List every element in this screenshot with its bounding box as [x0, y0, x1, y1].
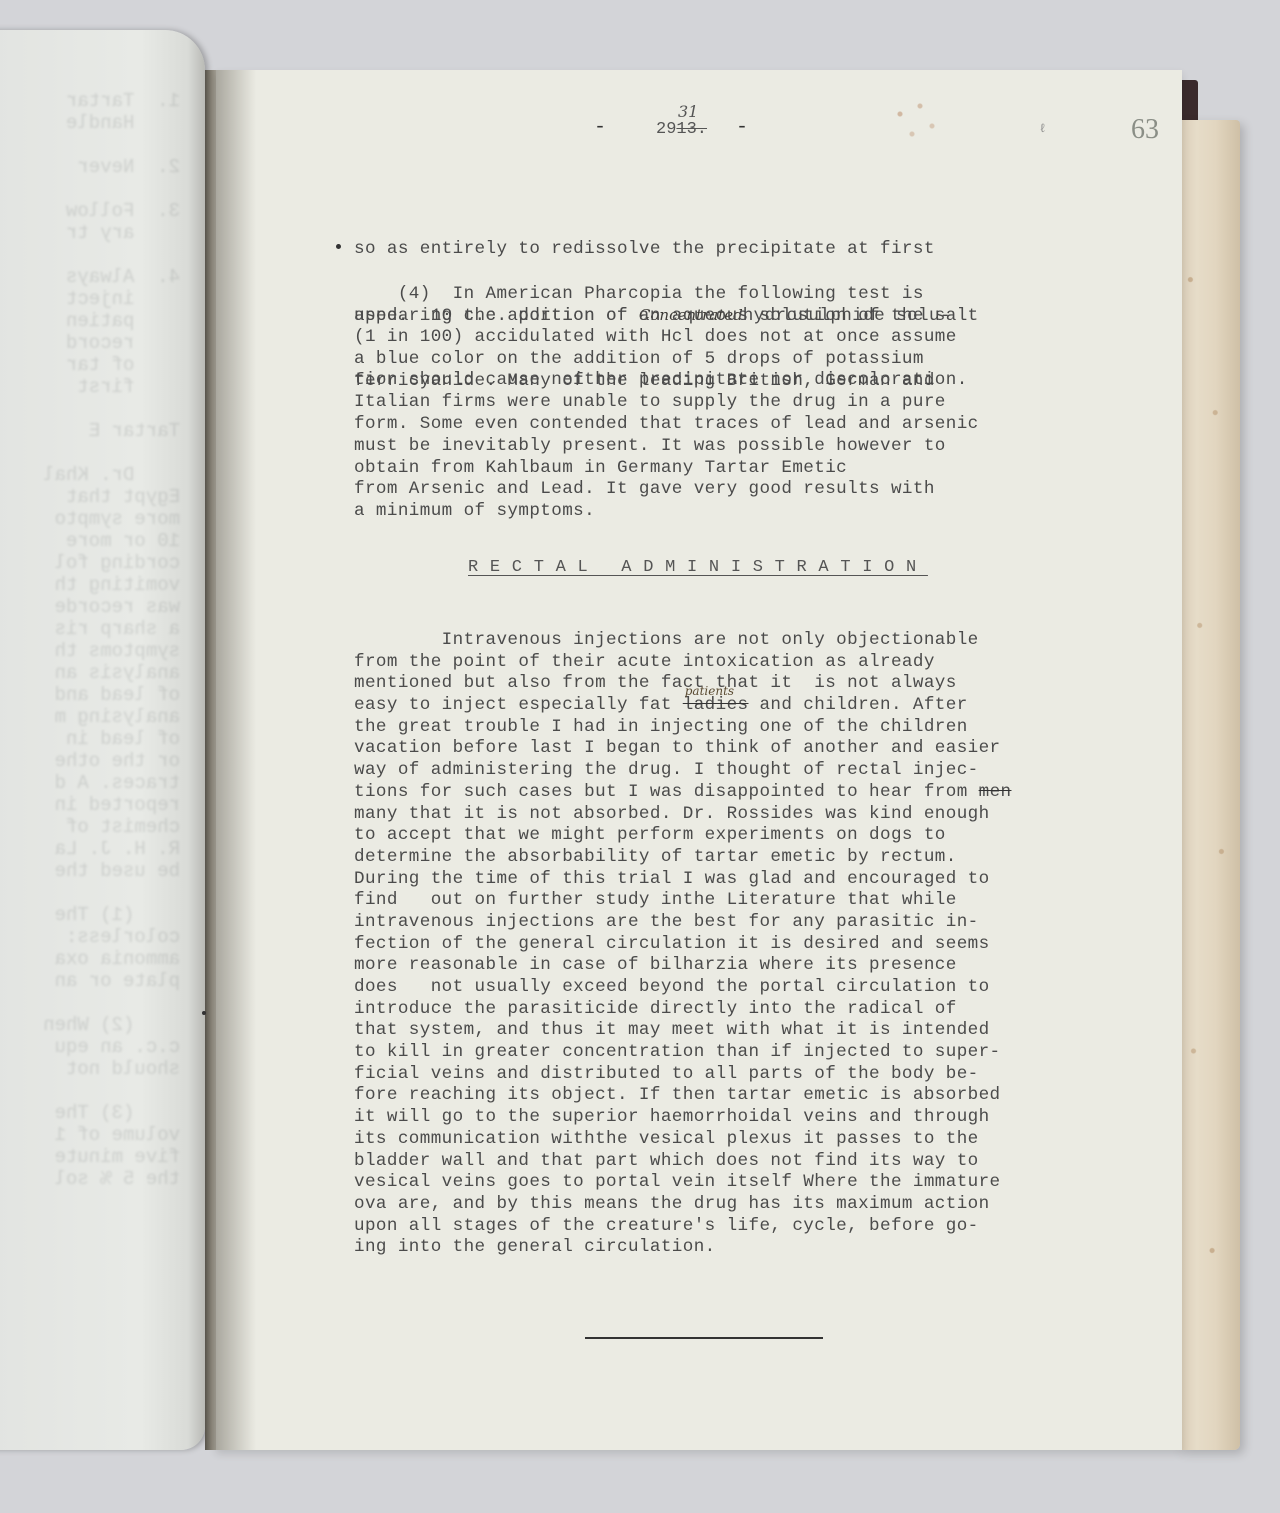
- pencil-mark: ℓ: [1039, 122, 1046, 136]
- text-line: Italian firms were unable to supply the …: [354, 392, 979, 414]
- text-line: used. 10 c.c. portion of an aqueous solu…: [354, 306, 979, 328]
- text-line: intravenous injections are the best for …: [354, 912, 1011, 934]
- text-line: it will go to the superior haemorrhoidal…: [354, 1107, 1011, 1129]
- page-header: - 2913. 31 - ℓ 63: [216, 116, 1182, 156]
- text-line: many that it is not absorbed. Dr. Rossid…: [354, 804, 1011, 826]
- text-line: does not usually exceed beyond the porta…: [354, 977, 1011, 999]
- text-line: upon all stages of the creature's life, …: [354, 1216, 1011, 1238]
- text-line: from the point of their acute intoxicati…: [354, 652, 1011, 674]
- text-line: easy to inject especially fat ladiespati…: [354, 695, 1011, 717]
- margin-dot: [336, 244, 341, 249]
- text-line: (4) In American Pharcopia the following …: [354, 284, 979, 306]
- text-line: tions for such cases but I was disappoin…: [354, 782, 1011, 804]
- text-line: its communication withthe vesical plexus…: [354, 1129, 1011, 1151]
- text-line: vacation before last I began to think of…: [354, 738, 1011, 760]
- page-number-value: 29: [656, 120, 676, 139]
- text-line: mentioned but also from the fact that it…: [354, 673, 1011, 695]
- text-line: the great trouble I had in injecting one…: [354, 717, 1011, 739]
- text-line: from Arsenic and Lead. It gave very good…: [354, 479, 979, 501]
- handwritten-correction: patients: [685, 681, 734, 703]
- text-line: ferricyanide. Many of the leading Britis…: [354, 371, 979, 393]
- text-line: form. Some even contended that traces of…: [354, 414, 979, 436]
- text-line: more reasonable in case of bilharzia whe…: [354, 955, 1011, 977]
- text-line: fection of the general circulation it is…: [354, 934, 1011, 956]
- text-line: that system, and thus it may meet with w…: [354, 1020, 1011, 1042]
- text-line: fore reaching its object. If then tartar…: [354, 1085, 1011, 1107]
- text-line: vesical veins goes to portal vein itself…: [354, 1172, 1011, 1194]
- margin-dot: [202, 1011, 206, 1015]
- text-fragment: and children. After: [749, 695, 968, 715]
- text-line: During the time of this trial I was glad…: [354, 869, 1011, 891]
- text-line: way of administering the drug. I thought…: [354, 760, 1011, 782]
- text-line: Intravenous injections are not only obje…: [354, 630, 1011, 652]
- text-line: ova are, and by this means the drug has …: [354, 1194, 1011, 1216]
- paragraph-4-american-pharmacopeia: (4) In American Pharcopia the following …: [354, 284, 979, 523]
- section-title-rectal-administration: RECTAL ADMINISTRATION: [468, 558, 928, 577]
- text-line: obtain from Kahlbaum in Germany Tartar E…: [354, 458, 979, 480]
- header-dash-right: -: [736, 116, 748, 139]
- left-page-curled[interactable]: 1. Tartar Handle 2. Never 3. Follow ary …: [0, 30, 205, 1450]
- text-line: bladder wall and that part which does no…: [354, 1151, 1011, 1173]
- text-fragment: easy to inject especially fat: [354, 695, 683, 715]
- text-fragment: tions for such cases but I was disappoin…: [354, 782, 979, 802]
- correction: ladiespatients: [683, 695, 749, 717]
- end-rule: [585, 1337, 823, 1339]
- text-line: to kill in greater concentration than if…: [354, 1042, 1011, 1064]
- typed-page-number: 2913.: [656, 120, 707, 139]
- paragraph-rectal-administration: Intravenous injections are not only obje…: [354, 630, 1011, 1259]
- text-line: (1 in 100) accidulated with Hcl does not…: [354, 327, 979, 349]
- typewritten-page: - 2913. 31 - ℓ 63 so as entirely to redi…: [216, 70, 1182, 1450]
- text-line: determine the absorbability of tartar em…: [354, 847, 1011, 869]
- text-line: ing into the general circulation.: [354, 1237, 1011, 1259]
- text-line: must be inevitably present. It was possi…: [354, 436, 979, 458]
- text-line: so as entirely to redissolve the precipi…: [354, 239, 968, 261]
- text-line: to accept that we might perform experime…: [354, 825, 1011, 847]
- struck-word: men: [979, 782, 1012, 802]
- struck-page-number: 13.: [676, 120, 707, 139]
- text-line: a minimum of symptoms.: [354, 501, 979, 523]
- text-line: ficial veins and distributed to all part…: [354, 1064, 1011, 1086]
- folio-stamp: 63: [1131, 114, 1159, 146]
- header-dash-left: -: [594, 116, 606, 139]
- left-page-bleed-through-text: 1. Tartar Handle 2. Never 3. Follow ary …: [0, 90, 180, 1190]
- handwritten-page-number: 31: [678, 102, 698, 121]
- page-edges-stack: [1178, 120, 1240, 1450]
- text-line: find out on further study inthe Literatu…: [354, 890, 1011, 912]
- text-line: introduce the parasiticide directly into…: [354, 999, 1011, 1021]
- text-line: a blue color on the addition of 5 drops …: [354, 349, 979, 371]
